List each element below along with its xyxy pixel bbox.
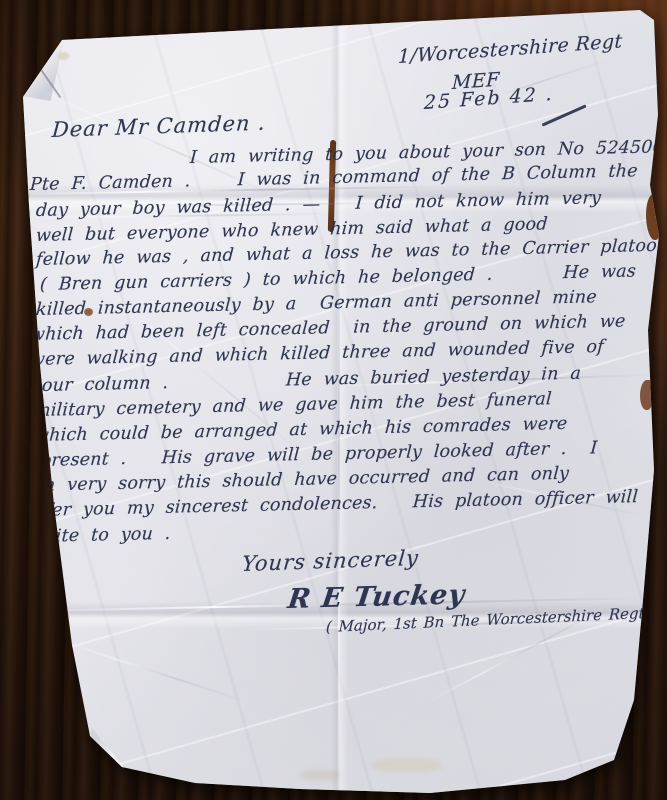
stain: [64, 732, 72, 740]
salutation: Dear Mr Camden .: [51, 110, 267, 142]
header-date: 25 Feb 42 .: [424, 83, 555, 114]
pen-flourish: [542, 104, 587, 126]
letter-paper-shadow: 1/Worcestershire Regt MEF 25 Feb 42 . De…: [0, 0, 667, 800]
wood-table-background: 1/Worcestershire Regt MEF 25 Feb 42 . De…: [0, 0, 667, 800]
stain: [58, 52, 69, 60]
closing: Yours sincerely: [241, 546, 420, 576]
letter-paper: 1/Worcestershire Regt MEF 25 Feb 42 . De…: [0, 0, 667, 800]
stain: [372, 758, 442, 772]
torn-edge-notch: [640, 380, 653, 410]
header-unit: 1/Worcestershire Regt: [398, 30, 623, 68]
torn-edge-notch: [646, 194, 662, 240]
folded-corner-bottom-left: [88, 728, 126, 770]
signature: R E Tuckey: [286, 579, 467, 615]
stain: [300, 770, 340, 780]
letter-line: write to you .: [31, 524, 171, 547]
paper-crease: [60, 640, 251, 704]
